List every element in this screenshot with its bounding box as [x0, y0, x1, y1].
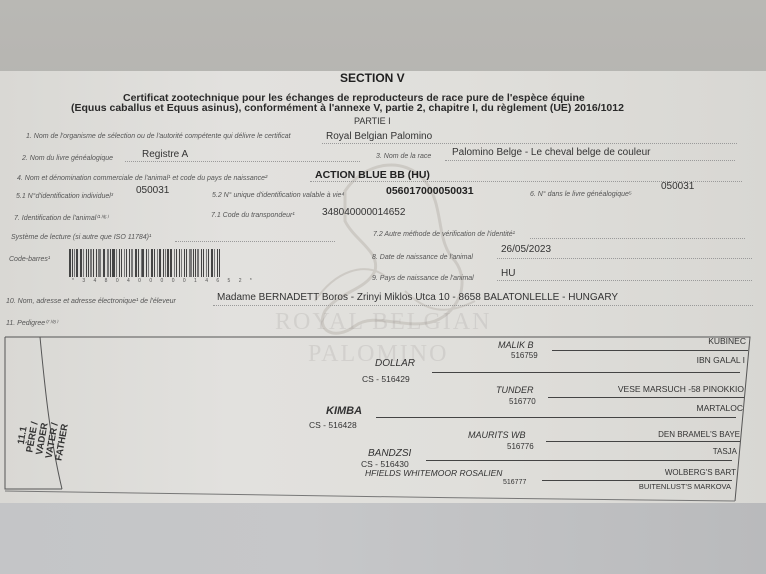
sire-name: KIMBA: [326, 405, 362, 417]
sire-sire-name: DOLLAR: [375, 358, 415, 369]
barcode-label: Code-barres¹: [9, 256, 50, 263]
field-11-label: 11. Pedigree⁽⁷⁾⁽⁸⁾: [6, 319, 58, 327]
ss-sire-code: 516759: [511, 351, 538, 360]
ancestor-3: VESE MARSUCH -58 PINOKKIO: [618, 384, 744, 394]
sd-sire-code: 516776: [507, 442, 534, 451]
ss-dam-code: 516770: [509, 397, 536, 406]
sire-sire-code: CS - 516429: [362, 374, 410, 384]
certificate-page: ROYAL BELGIAN PALOMINO SECTION V Certifi…: [0, 71, 766, 503]
ss-sire-name: MALIK B: [498, 340, 534, 350]
field-9-label: 9. Pays de naissance de l'animal: [372, 275, 474, 282]
field-4-label: 4. Nom et dénomination commerciale de l'…: [17, 175, 267, 182]
ancestor-6: TASJA: [713, 447, 737, 456]
field-4-value: ACTION BLUE BB (HU): [315, 169, 430, 181]
section-title: SECTION V: [340, 71, 405, 85]
ancestor-8: BUITENLUST'S MARKOVA: [639, 482, 731, 491]
field-2-label: 2. Nom du livre généalogique: [22, 155, 113, 162]
part-label: PARTIE I: [354, 116, 391, 126]
field-6-label: 6. N° dans le livre généalogique⁵: [530, 191, 632, 198]
field-1-label: 1. Nom de l'organisme de sélection ou de…: [26, 133, 291, 140]
field-8-value: 26/05/2023: [501, 244, 551, 255]
ss-dam-name: TUNDER: [496, 385, 534, 395]
field-7-1-label: 7.1 Code du transpondeur¹: [211, 212, 295, 219]
field-3-value: Palomino Belge - Le cheval belge de coul…: [452, 147, 650, 158]
ancestor-1: KUBINEC: [708, 336, 746, 346]
field-5-1-value: 050031: [136, 185, 169, 196]
field-3-label: 3. Nom de la race: [376, 153, 431, 160]
field-5-1-label: 5.1 N°d'identification individuel³: [16, 193, 113, 200]
field-9-value: HU: [501, 268, 515, 279]
ancestor-5: DEN BRAMEL'S BAYE: [658, 430, 740, 439]
field-7-2-label: 7.2 Autre méthode de vérification de l'i…: [373, 231, 515, 238]
field-8-label: 8. Date de naissance de l'animal: [372, 254, 473, 261]
barcode: [69, 249, 222, 277]
field-2-value: Registre A: [142, 149, 188, 160]
sd-dam-name: HFIELDS WHITEMOOR ROSALIEN: [365, 468, 502, 478]
field-5-2-label: 5.2 N° unique d'identification valable à…: [212, 192, 344, 199]
sire-code: CS - 516428: [309, 420, 357, 430]
field-1-value: Royal Belgian Palomino: [326, 131, 432, 142]
field-7-label: 7. Identification de l'animal⁽¹⁾⁽⁶⁾: [14, 214, 108, 222]
field-7-1-value: 348040000014652: [322, 207, 405, 218]
sire-section-label: 11.1 PÈRE / VADER VATER / FATHER: [15, 416, 71, 461]
field-10-value: Madame BERNADETT Boros - Zrinyi Miklos U…: [217, 292, 618, 303]
ancestor-7: WOLBERG'S BART: [665, 468, 736, 477]
ancestor-2: IBN GALAL I: [697, 355, 745, 365]
certificate-subtitle-2: (Equus caballus et Equus asinus), confor…: [71, 102, 624, 114]
ancestor-4: MARTALOC: [697, 403, 743, 413]
field-6-value: 050031: [661, 181, 694, 192]
sd-sire-name: MAURITS WB: [468, 430, 526, 440]
reading-system-label: Système de lecture (si autre que ISO 117…: [11, 234, 151, 241]
sire-dam-name: BANDZSI: [368, 448, 411, 459]
field-5-2-value: 056017000050031: [386, 185, 474, 197]
background-surface: [0, 503, 766, 574]
barcode-digits: * 3 4 8 0 4 0 0 0 0 0 1 4 6 5 2 *: [72, 278, 255, 284]
sd-dam-code: 516777: [503, 479, 526, 486]
pedigree-side-label: 11.1 PÈRE / VADER VATER / FATHER: [5, 335, 50, 485]
field-10-label: 10. Nom, adresse et adresse électronique…: [6, 298, 176, 305]
